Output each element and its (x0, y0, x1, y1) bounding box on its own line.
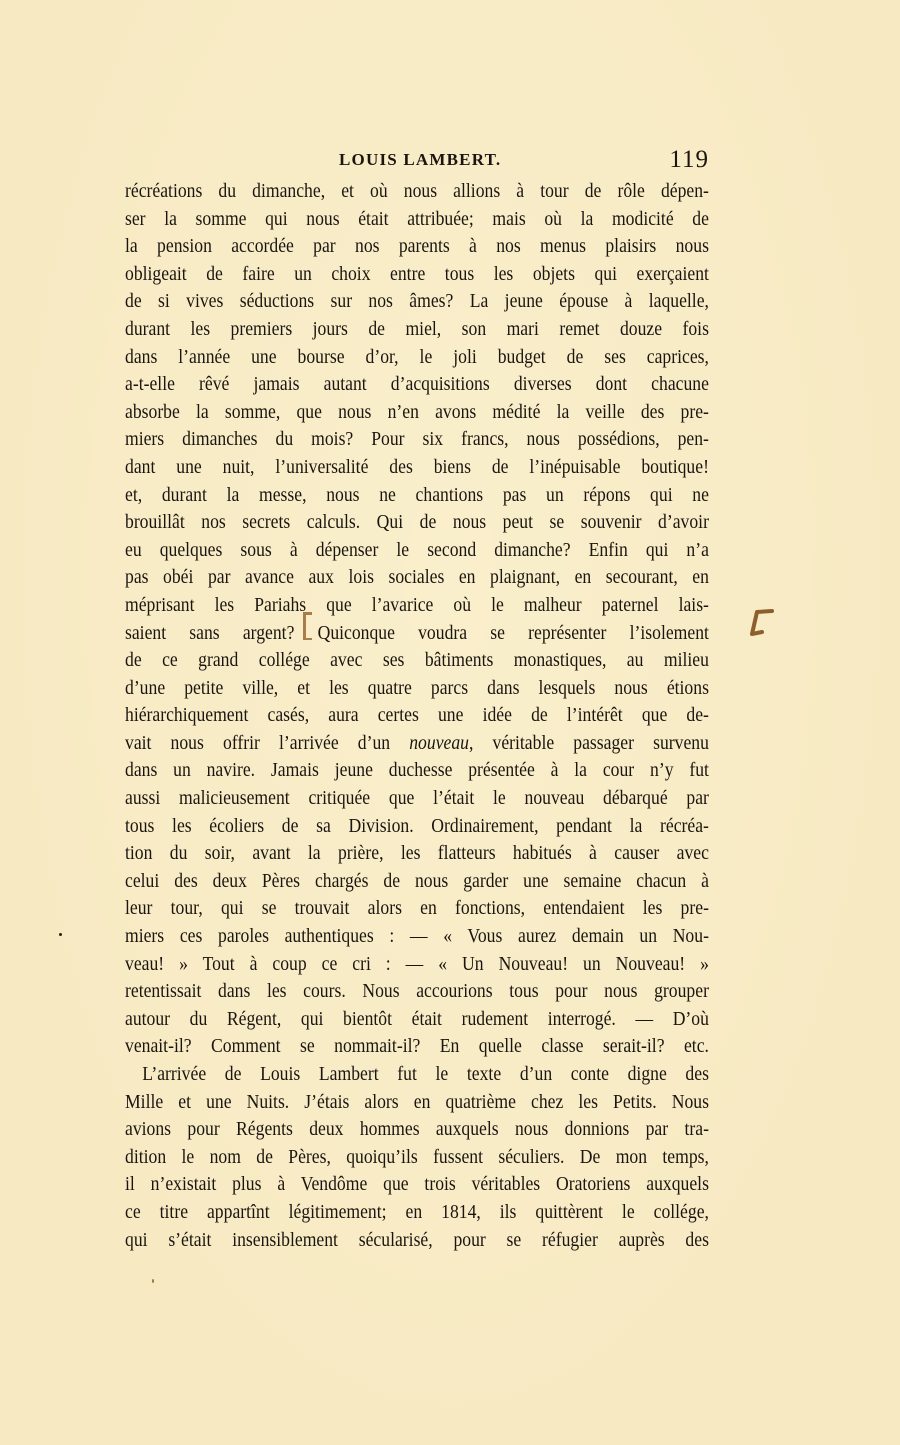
text-line: obligeait de faire un choix entre tous l… (125, 261, 709, 289)
body-text: récréations du dimanche, et où nous alli… (125, 178, 709, 1254)
text-line: il n’existait plus à Vendôme que trois v… (125, 1171, 709, 1199)
text-line: miers ces paroles authentiques : — « Vou… (125, 923, 709, 951)
text-line: de si vives séductions sur nos âmes? La … (125, 288, 709, 316)
text-line-with-italic: vait nous offrir l’arrivée d’un nouveau,… (125, 730, 709, 758)
text-line: d’une petite ville, et les quatre parcs … (125, 675, 709, 703)
text-line: miers dimanches du mois? Pour six francs… (125, 426, 709, 454)
text-line: tous les écoliers de sa Division. Ordina… (125, 813, 709, 841)
inline-bracket-annotation-icon (303, 612, 312, 640)
text-line: celui des deux Pères chargés de nous gar… (125, 868, 709, 896)
text-line: ce titre appartînt légitimement; en 1814… (125, 1199, 709, 1227)
paragraph-start-line: L’arrivée de Louis Lambert fut le texte … (125, 1061, 709, 1089)
text-line: hiérarchiquement casés, aura certes une … (125, 702, 709, 730)
text-line: retentissait dans les cours. Nous accour… (125, 978, 709, 1006)
line-start: vait nous offrir l’arrivée d’un (125, 732, 390, 754)
text-line: avions pour Régents deux hommes auxquels… (125, 1116, 709, 1144)
page-number: 119 (669, 146, 709, 174)
text-line: a-t-elle rêvé jamais autant d’acquisitio… (125, 371, 709, 399)
text-line: durant les premiers jours de miel, son m… (125, 316, 709, 344)
text-line: veau! » Tout à coup ce cri : — « Un Nouv… (125, 951, 709, 979)
text-line: ser la somme qui nous était attribuée; m… (125, 206, 709, 234)
text-line: la pension accordée par nos parents à no… (125, 233, 709, 261)
book-page: LOUIS LAMBERT. 119 récréations du dimanc… (0, 0, 900, 1445)
running-head: LOUIS LAMBERT. 119 (125, 148, 709, 178)
text-line: qui s’était insensiblement sécularisé, p… (125, 1227, 709, 1255)
text-line: eu quelques sous à dépenser le second di… (125, 537, 709, 565)
italic-word: nouveau (409, 732, 469, 754)
paper-speck (152, 1279, 154, 1283)
text-line: saient sans argent? Quiconque voudra se … (125, 620, 709, 648)
text-line: de ce grand collége avec ses bâtiments m… (125, 647, 709, 675)
text-line: dans un navire. Jamais jeune duchesse pr… (125, 757, 709, 785)
text-line: absorbe la somme, que nous n’en avons mé… (125, 399, 709, 427)
text-line: tion du soir, avant la prière, les flatt… (125, 840, 709, 868)
running-title: LOUIS LAMBERT. (339, 150, 501, 170)
text-line: méprisant les Pariahs que l’avarice où l… (125, 592, 709, 620)
line-end: , véritable passager survenu (469, 732, 709, 754)
text-line: autour du Régent, qui bientôt était rude… (125, 1006, 709, 1034)
text-line: aussi malicieusement critiquée que l’éta… (125, 785, 709, 813)
text-line: dans l’année une bourse d’or, le joli bu… (125, 344, 709, 372)
text-line: pas obéi par avance aux lois sociales en… (125, 564, 709, 592)
text-line: brouillât nos secrets calculs. Qui de no… (125, 509, 709, 537)
paper-speck (59, 933, 62, 936)
text-line: leur tour, qui se trouvait alors en fonc… (125, 895, 709, 923)
text-line: et, durant la messe, nous ne chantions p… (125, 482, 709, 510)
text-line: dition le nom de Pères, quoiqu’ils fusse… (125, 1144, 709, 1172)
margin-bracket-annotation-icon (748, 607, 774, 641)
text-line: Mille et une Nuits. J’étais alors en qua… (125, 1089, 709, 1117)
text-line: récréations du dimanche, et où nous alli… (125, 178, 709, 206)
text-line: venait-il? Comment se nommait-il? En que… (125, 1033, 709, 1061)
text-line: dant une nuit, l’universalité des biens … (125, 454, 709, 482)
